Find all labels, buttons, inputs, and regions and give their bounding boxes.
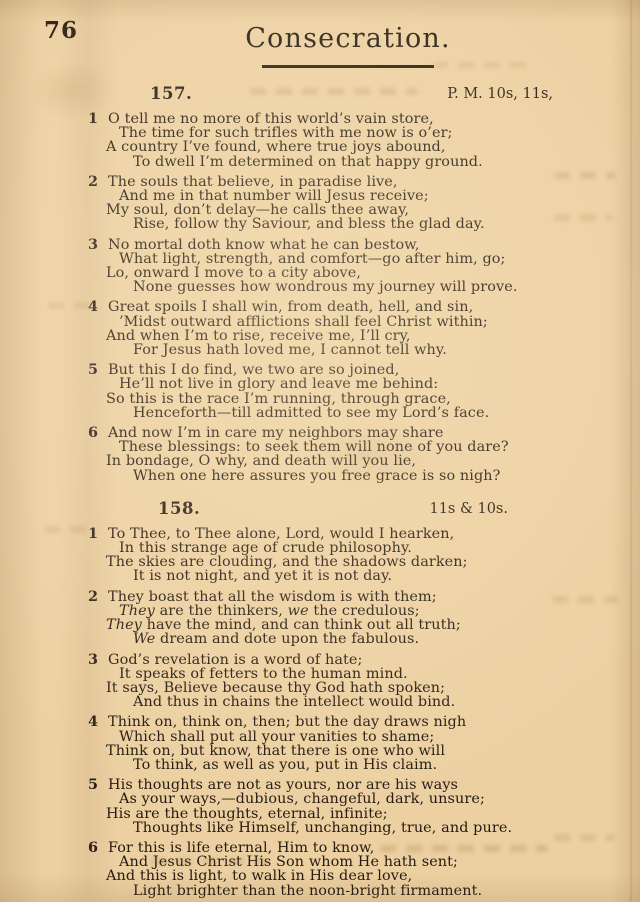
verse-line: No mortal doth know what he can bestow, [108, 238, 608, 252]
verse-line: And when I’m to rise, receive me, I’ll c… [106, 329, 608, 343]
verse-number: 1 [88, 112, 98, 126]
verse-number: 1 [88, 527, 98, 541]
hymnal-page: 76 Consecration. 157.P. M. 10s, 11s,1O t… [0, 0, 640, 902]
verse: 3God’s revelation is a word of hate;It s… [88, 653, 608, 710]
verse-number: 4 [88, 715, 98, 729]
hymn-number: 157. [150, 84, 192, 103]
verse-line: They have the mind, and can think out al… [106, 618, 608, 632]
verse-line: Thoughts like Himself, unchanging, true,… [133, 821, 608, 835]
verse: 2The souls that believe, in paradise liv… [88, 175, 608, 232]
verse-line: The skies are clouding, and the shadows … [106, 555, 608, 569]
verse-line: ’Midst outward afflictions shall feel Ch… [119, 315, 608, 329]
verse-number: 6 [88, 841, 98, 855]
verse-line: The souls that believe, in paradise live… [108, 175, 608, 189]
verse: 6And now I’m in care my neighbors may sh… [88, 426, 608, 483]
hymn-meter: 11s & 10s. [429, 501, 508, 517]
verse-line: And now I’m in care my neighbors may sha… [108, 426, 608, 440]
verse: 5His thoughts are not as yours, nor are … [88, 778, 608, 835]
verse: 4Think on, think on, then; but the day d… [88, 715, 608, 772]
hymn-meter: P. M. 10s, 11s, [447, 86, 553, 102]
verse-number: 3 [88, 238, 98, 252]
verse-line: We dream and dote upon the fabulous. [133, 632, 608, 646]
verse-line: Think on, think on, then; but the day dr… [108, 715, 608, 729]
verse-line: It says, Believe because thy God hath sp… [106, 681, 608, 695]
bleedthrough-smudge [44, 526, 90, 533]
verse-line: Think on, but know, that there is one wh… [106, 744, 608, 758]
verse-number: 5 [88, 778, 98, 792]
verse-line: To dwell I’m determined on that happy gr… [133, 155, 608, 169]
hymn-number: 158. [158, 499, 200, 518]
verse-line: It speaks of fetters to the human mind. [119, 667, 608, 681]
verse: 5But this I do find, we two are so joine… [88, 363, 608, 420]
verse-line: None guesses how wondrous my journey wil… [133, 280, 608, 294]
verse-line: His are the thoughts, eternal, infinite; [106, 807, 608, 821]
verse: 2They boast that all the wisdom is with … [88, 590, 608, 647]
verse-line: Rise, follow thy Saviour, and bless the … [133, 217, 608, 231]
verse-line: Lo, onward I move to a city above, [106, 266, 608, 280]
verse-line: The time for such trifles with me now is… [119, 126, 608, 140]
verse-line: When one here assures you free grace is … [133, 469, 608, 483]
verse-number: 6 [88, 426, 98, 440]
verse-line: Light brighter than the noon-bright firm… [133, 884, 608, 898]
verse: 6For this is life eternal, Him to know,A… [88, 841, 608, 898]
verse-line: But this I do find, we two are so joined… [108, 363, 608, 377]
hymns-container: 157.P. M. 10s, 11s,1O tell me no more of… [88, 84, 608, 902]
verse-line: To Thee, to Thee alone, Lord, would I he… [108, 527, 608, 541]
verse-line: Which shall put all your vanities to sha… [119, 730, 608, 744]
verse-line: What light, strength, and comfort—go aft… [119, 252, 608, 266]
verse: 4Great spoils I shall win, from death, h… [88, 300, 608, 357]
verse-line: These blessings: to seek them will none … [119, 440, 608, 454]
verse-line: In bondage, O why, and death will you li… [106, 454, 608, 468]
page-edge-line [630, 0, 632, 902]
verse: 1To Thee, to Thee alone, Lord, would I h… [88, 527, 608, 584]
verse-line: For Jesus hath loved me, I cannot tell w… [133, 343, 608, 357]
verse-number: 5 [88, 363, 98, 377]
verse-line: So this is the race I’m running, through… [106, 392, 608, 406]
page-title: Consecration. [88, 23, 608, 54]
verse-line: And this is light, to walk in His dear l… [106, 869, 608, 883]
verse-line: His thoughts are not as yours, nor are h… [108, 778, 608, 792]
verse-number: 3 [88, 653, 98, 667]
hymn-158: 158.11s & 10s.1To Thee, to Thee alone, L… [88, 499, 608, 898]
verse-line: For this is life eternal, Him to know, [108, 841, 608, 855]
verse-line: As your ways,—dubious, changeful, dark, … [119, 792, 608, 806]
verse-line: And thus in chains the intellect would b… [133, 695, 608, 709]
verse-line: O tell me no more of this world’s vain s… [108, 112, 608, 126]
verse: 1O tell me no more of this world’s vain … [88, 112, 608, 169]
verse-number: 4 [88, 300, 98, 314]
bleedthrough-smudge [48, 302, 90, 309]
verse-line: They boast that all the wisdom is with t… [108, 590, 608, 604]
verse-line: In this strange age of crude philosophy. [119, 541, 608, 555]
hymn-header: 157.P. M. 10s, 11s, [88, 84, 608, 102]
verse-line: Henceforth—till admitted to see my Lord’… [133, 406, 608, 420]
verse-number: 2 [88, 175, 98, 189]
verse-number: 2 [88, 590, 98, 604]
verse-line: My soul, don’t delay—he calls thee away, [106, 203, 608, 217]
verse-line: And me in that number will Jesus receive… [119, 189, 608, 203]
verse-line: Great spoils I shall win, from death, he… [108, 300, 608, 314]
verse-line: It is not night, and yet it is not day. [133, 569, 608, 583]
hymn-157: 157.P. M. 10s, 11s,1O tell me no more of… [88, 84, 608, 483]
verse: 3No mortal doth know what he can bestow,… [88, 238, 608, 295]
verse-line: He’ll not live in glory and leave me beh… [119, 377, 608, 391]
page-number: 76 [44, 17, 78, 44]
verse-line: A country I’ve found, where true joys ab… [106, 140, 608, 154]
verse-line: And Jesus Christ His Son whom He hath se… [119, 855, 608, 869]
hymn-header: 158.11s & 10s. [88, 499, 608, 517]
verse-line: God’s revelation is a word of hate; [108, 653, 608, 667]
italic-word: We [133, 631, 155, 647]
verse-line: To think, as well as you, put in His cla… [133, 758, 608, 772]
title-rule [262, 65, 434, 68]
verse-line: They are the thinkers, we the credulous; [119, 604, 608, 618]
page-header: Consecration. [88, 23, 608, 68]
